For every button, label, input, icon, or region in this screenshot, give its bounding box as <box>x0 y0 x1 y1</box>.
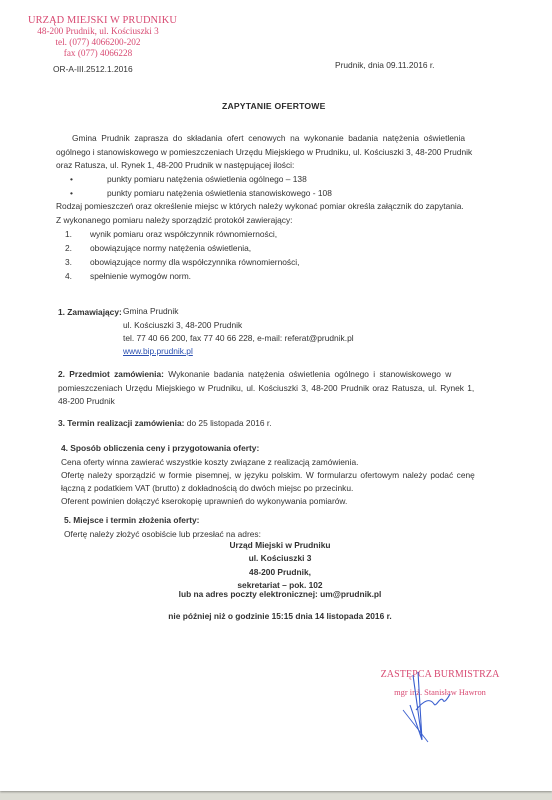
website-link[interactable]: www.bip.prudnik.pl <box>123 346 193 358</box>
stamp-fax: fax (077) 4066228 <box>28 48 168 59</box>
item-number: 2. <box>65 243 72 255</box>
section-4-line-2: Ofertę należy sporządzić w formie pisemn… <box>61 470 475 482</box>
stamp-phone: tel. (077) 4066200-202 <box>28 37 168 48</box>
item-number: 3. <box>65 257 72 269</box>
item-text: spełnienie wymogów norm. <box>90 271 191 281</box>
section-5-label: 5. Miejsce i termin złożenia oferty: <box>64 515 199 527</box>
bullet-item: punkty pomiaru natężenia oświetlenia sta… <box>107 188 332 200</box>
intro-line-3: oraz Ratusza, ul. Rynek 1, 48-200 Prudni… <box>56 160 294 172</box>
email-line: lub na adres poczty elektronicznej: um@p… <box>140 589 420 601</box>
section-2-label: 2. Przedmiot zamówienia: <box>58 369 164 379</box>
section-1-label: 1. Zamawiający: <box>58 307 122 319</box>
document-title: ZAPYTANIE OFERTOWE <box>222 101 326 111</box>
numbered-item: 1. wynik pomiaru oraz współczynnik równo… <box>90 229 277 241</box>
item-number: 4. <box>65 271 72 283</box>
section-2-line-3: 48-200 Prudnik <box>58 396 115 408</box>
orderer-name: Gmina Prudnik <box>123 306 178 318</box>
office-stamp: URZĄD MIEJSKI W PRUDNIKU 48-200 Prudnik,… <box>28 15 168 59</box>
intro-line-4: Rodzaj pomieszczeń oraz określenie miejs… <box>56 201 464 213</box>
section-3-text: do 25 listopada 2016 r. <box>187 418 272 428</box>
orderer-address: ul. Kościuszki 3, 48-200 Prudnik <box>123 320 242 332</box>
address-line: ul. Kościuszki 3 <box>200 552 360 565</box>
intro-line-1: Gmina Prudnik zaprasza do składania ofer… <box>72 133 465 145</box>
orderer-contact: tel. 77 40 66 200, fax 77 40 66 228, e-m… <box>123 333 354 345</box>
numbered-item: 2. obowiązujące normy natężenia oświetle… <box>90 243 251 255</box>
numbered-item: 4. spełnienie wymogów norm. <box>90 271 191 283</box>
section-2-line-1: 2. Przedmiot zamówienia: Wykonanie badan… <box>58 369 451 381</box>
document-page: URZĄD MIEJSKI W PRUDNIKU 48-200 Prudnik,… <box>0 0 552 791</box>
bullet-item: punkty pomiaru natężenia oświetlenia ogó… <box>107 174 307 186</box>
item-number: 1. <box>65 229 72 241</box>
stamp-office-name: URZĄD MIEJSKI W PRUDNIKU <box>28 15 168 26</box>
delivery-address: Urząd Miejski w Prudniku ul. Kościuszki … <box>200 539 360 592</box>
place-date: Prudnik, dnia 09.11.2016 r. <box>335 60 434 72</box>
handwritten-signature-icon <box>400 670 470 750</box>
section-4-line-1: Cena oferty winna zawierać wszystkie kos… <box>61 457 358 469</box>
section-4-line-3: łączną z podatkiem VAT (brutto) z dokład… <box>61 483 353 495</box>
item-text: obowiązujące normy dla współczynnika rów… <box>90 257 299 267</box>
address-line: Urząd Miejski w Prudniku <box>200 539 360 552</box>
section-4-label: 4. Sposób obliczenia ceny i przygotowani… <box>61 443 259 455</box>
reference-number: OR-A-III.2512.1.2016 <box>53 64 133 76</box>
section-2-text: Wykonanie badania natężenia oświetlenia … <box>168 369 451 379</box>
numbered-item: 3. obowiązujące normy dla współczynnika … <box>90 257 299 269</box>
stamp-address: 48-200 Prudnik, ul. Kościuszki 3 <box>28 26 168 37</box>
section-3: 3. Termin realizacji zamówienia: do 25 l… <box>58 418 272 430</box>
item-text: wynik pomiaru oraz współczynnik równomie… <box>90 229 277 239</box>
address-line: 48-200 Prudnik, <box>200 566 360 579</box>
deadline-line: nie później niż o godzinie 15:15 dnia 14… <box>140 611 420 623</box>
section-3-label: 3. Termin realizacji zamówienia: <box>58 418 184 428</box>
intro-line-5: Z wykonanego pomiaru należy sporządzić p… <box>56 215 292 227</box>
item-text: obowiązujące normy natężenia oświetlenia… <box>90 243 251 253</box>
section-2-line-2: pomieszczeniach Urzędu Miejskiego w Prud… <box>58 383 474 395</box>
intro-line-2: ogólnego i stanowiskowego w pomieszczeni… <box>56 147 472 159</box>
section-4-line-4: Oferent powinien dołączyć kserokopię upr… <box>61 496 347 508</box>
